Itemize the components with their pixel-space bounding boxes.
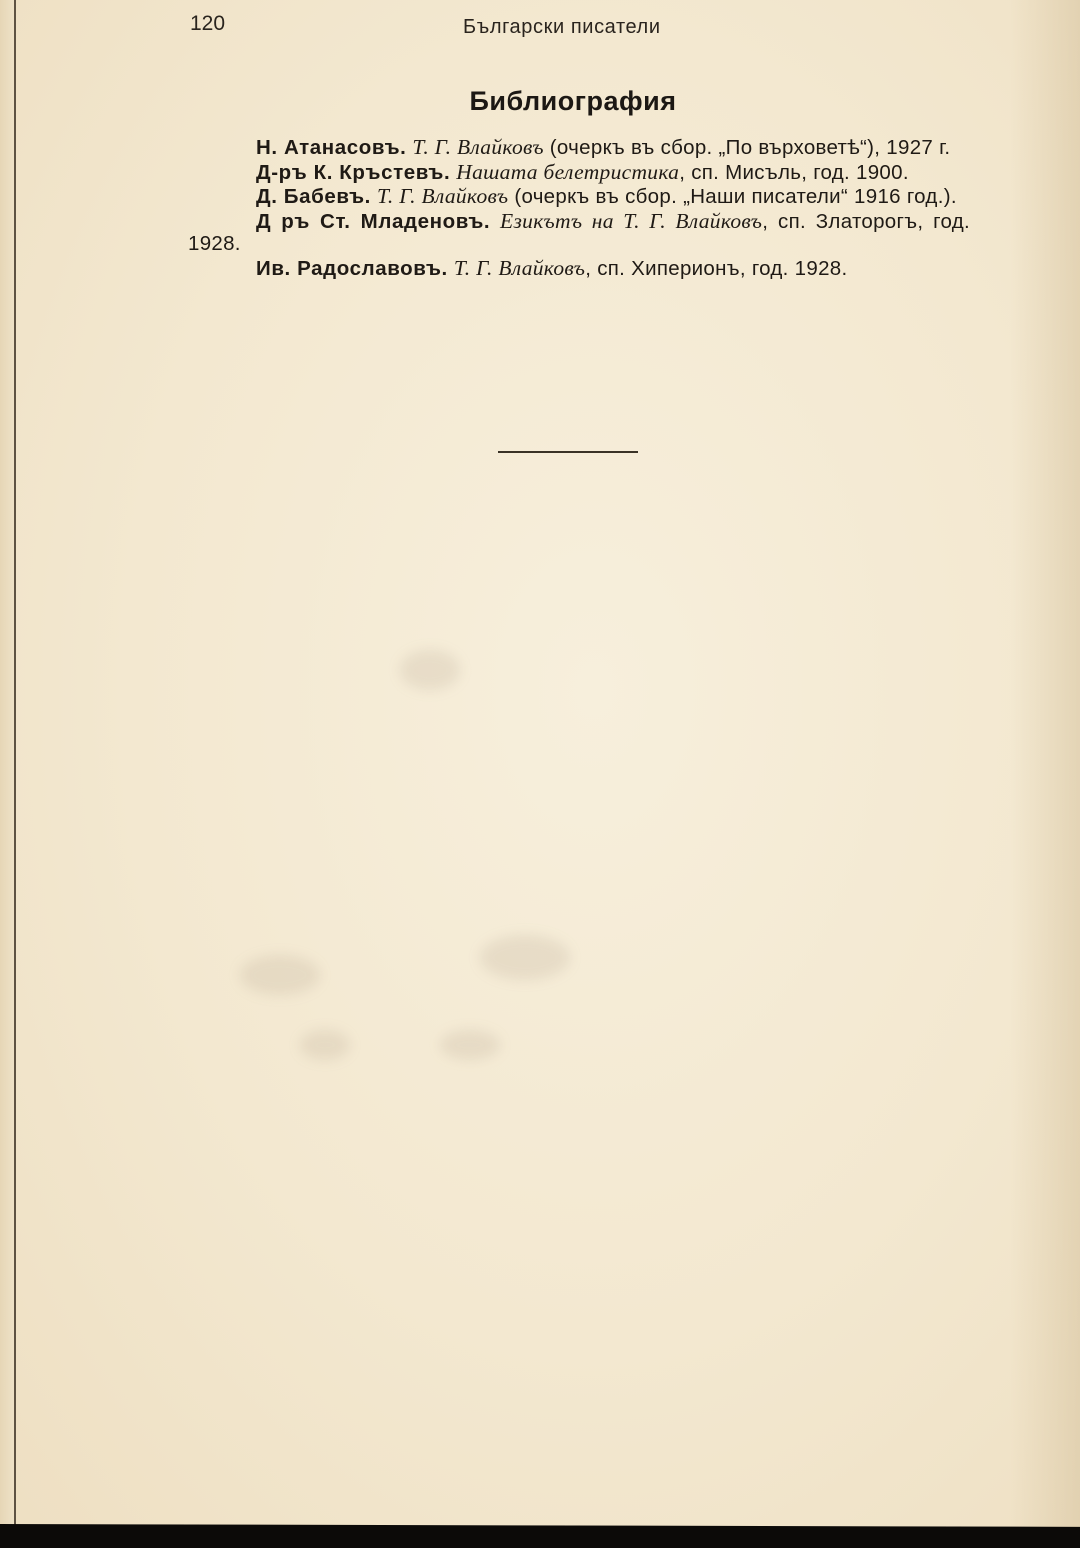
entry-author: Д ръ Ст. Младеновъ.	[256, 210, 490, 233]
entry-work-title: Т. Г. Влайковъ	[377, 184, 508, 208]
paper-stain	[400, 650, 460, 690]
entry-work-title: Нашата белетристика	[456, 160, 679, 184]
running-head: 120 Български писатели	[190, 12, 970, 46]
paper-stain	[240, 955, 320, 995]
bibliography-entry: Н. Атанасовъ. Т. Г. Влайковъ (очеркъ въ …	[188, 136, 970, 160]
entry-details: , сп. Хиперионъ, год. 1928.	[585, 257, 847, 280]
section-end-rule	[498, 451, 638, 453]
entry-details: (очеркъ въ сбор. „Наши писатели“ 1916 го…	[508, 185, 956, 208]
book-page: 120 Български писатели Библиография Н. А…	[0, 0, 1080, 1532]
paper-stain	[480, 935, 570, 980]
paper-stain	[300, 1030, 350, 1060]
entry-details: (очеркъ въ сбор. „По върховетѣ“), 1927 г…	[544, 136, 951, 159]
bibliography-entry: Д-ръ К. Кръстевъ. Нашата белетристика, с…	[188, 161, 970, 185]
bibliography-list: Н. Атанасовъ. Т. Г. Влайковъ (очеркъ въ …	[188, 136, 970, 281]
entry-author: Н. Атанасовъ.	[256, 136, 406, 159]
entry-work-title: Езикътъ на Т. Г. Влайковъ	[500, 209, 762, 233]
section-title: Библиография	[0, 86, 1080, 117]
entry-author: Д-ръ К. Кръстевъ.	[256, 161, 450, 184]
scan-bottom-edge	[0, 1524, 1080, 1548]
entry-author: Д. Бабевъ.	[256, 185, 371, 208]
paper-stain	[440, 1030, 500, 1060]
page-number: 120	[190, 12, 225, 36]
entry-author: Ив. Радославовъ.	[256, 257, 448, 280]
entry-work-title: Т. Г. Влайковъ	[412, 135, 543, 159]
bibliography-entry: Ив. Радославовъ. Т. Г. Влайковъ, сп. Хип…	[188, 257, 970, 281]
page-right-shadow	[1010, 0, 1080, 1532]
bibliography-entry: Д. Бабевъ. Т. Г. Влайковъ (очеркъ въ сбо…	[188, 185, 970, 209]
running-title: Български писатели	[463, 16, 661, 39]
page-binding-edge	[14, 0, 16, 1532]
entry-work-title: Т. Г. Влайковъ	[454, 256, 585, 280]
bibliography-entry: Д ръ Ст. Младеновъ. Езикътъ на Т. Г. Вла…	[188, 210, 970, 256]
entry-details: , сп. Мисъль, год. 1900.	[679, 161, 909, 184]
